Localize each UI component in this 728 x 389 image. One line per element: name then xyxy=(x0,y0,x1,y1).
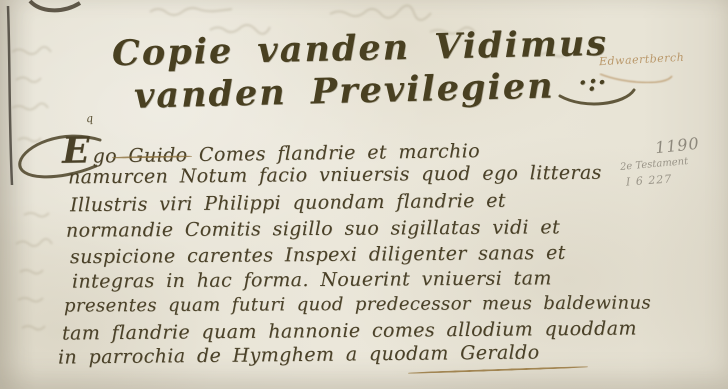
pencil-note-year: 1190 xyxy=(654,134,700,158)
body-line-7: presentes quam futuri quod predecessor m… xyxy=(64,292,651,316)
body-line-5: suspicione carentes Inspexi diligenter s… xyxy=(70,242,566,268)
title-line-2-text: vanden Previlegien xyxy=(134,66,555,117)
body-line-2: namurcen Notum facio vniuersis quod ego … xyxy=(68,162,602,189)
bleed-through-text-left xyxy=(12,47,52,330)
pencil-note-reference: I 6 227 xyxy=(626,172,673,188)
pencil-note-line2: 2e Testament xyxy=(620,156,689,173)
body-line-8: tam flandrie quam hannonie comes allodiu… xyxy=(62,317,637,344)
margin-note-ink: Edwaertberch xyxy=(599,51,685,68)
body-line-3: Illustris viri Philippi quondam flandrie… xyxy=(70,190,506,217)
underline-geraldo xyxy=(408,366,588,374)
body-line-4: normandie Comitis sigillo suo sigillatas… xyxy=(66,216,560,241)
body-line-9: in parrochia de Hymghem a quodam Geraldo xyxy=(58,341,540,368)
body-line-6: integras in hac forma. Nouerint vniuersi… xyxy=(72,267,552,292)
title-ornament: ·:· xyxy=(578,67,607,97)
manuscript-page: Copie vanden Vidimus vanden Previlegien … xyxy=(0,0,728,389)
cropped-letter-stroke xyxy=(30,1,80,10)
scribal-mark: q xyxy=(85,112,93,126)
margin-note-flourish xyxy=(600,74,672,83)
page-edge-line xyxy=(8,6,12,185)
